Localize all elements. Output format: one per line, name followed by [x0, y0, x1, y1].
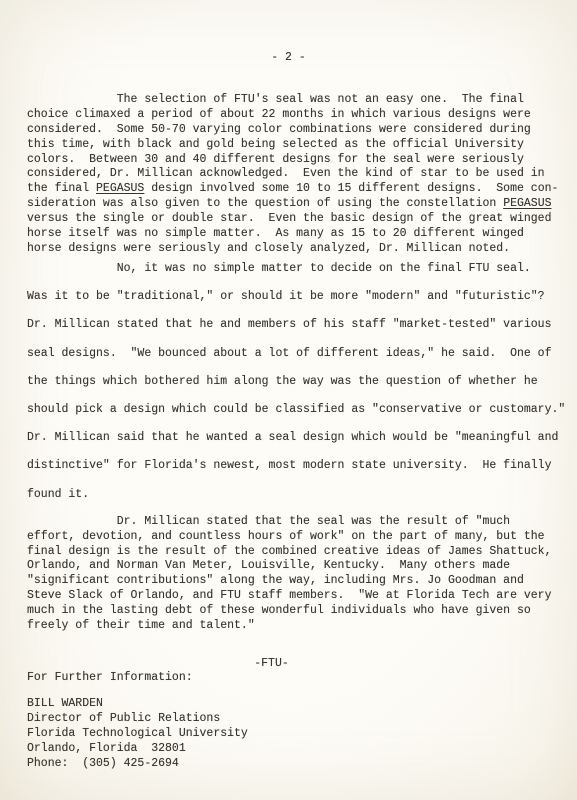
contact-line: Florida Technological University — [27, 727, 248, 742]
text-line: Was it to be "traditional," or should it… — [27, 290, 565, 318]
text-segment: sideration was also given to the questio… — [27, 197, 503, 210]
text-segment: freely of their time and talent." — [27, 619, 255, 632]
document-page: - 2 - The selection of FTU's seal was no… — [0, 0, 577, 800]
text-line: The selection of FTU's seal was not an e… — [27, 93, 558, 108]
text-segment: should pick a design which could be clas… — [27, 403, 565, 416]
text-line: effort, devotion, and countless hours of… — [27, 530, 552, 545]
text-line: final design is the result of the combin… — [27, 545, 552, 560]
text-segment: considered, Dr. Millican acknowledged. E… — [27, 167, 545, 180]
text-line: should pick a design which could be clas… — [27, 403, 565, 431]
text-line: much in the lasting debt of these wonder… — [27, 604, 552, 619]
text-line: "significant contributions" along the wa… — [27, 574, 552, 589]
text-line: distinctive" for Florida's newest, most … — [27, 459, 565, 487]
text-line: Dr. Millican stated that the seal was th… — [27, 515, 552, 530]
text-segment: the things which bothered him along the … — [27, 375, 538, 388]
text-segment: horse itself was no simple matter. As ma… — [27, 227, 524, 240]
contact-heading: For Further Information: — [27, 671, 193, 684]
text-line: Orlando, and Norman Van Meter, Louisvill… — [27, 559, 552, 574]
text-line: freely of their time and talent." — [27, 619, 552, 634]
text-line: considered. Some 50-70 varying color com… — [27, 123, 558, 138]
contact-line: Director of Public Relations — [27, 712, 248, 727]
paragraph-no-simple-matter: No, it was no simple matter to decide on… — [27, 262, 565, 516]
text-segment: considered. Some 50-70 varying color com… — [27, 123, 531, 136]
text-segment: effort, devotion, and countless hours of… — [27, 530, 545, 543]
text-line: Dr. Millican stated that he and members … — [27, 318, 565, 346]
text-segment: much in the lasting debt of these wonder… — [27, 604, 531, 617]
text-segment: "significant contributions" along the wa… — [27, 574, 524, 587]
end-mark: -FTU- — [0, 657, 560, 670]
text-segment: Dr. Millican said that he wanted a seal … — [27, 431, 558, 444]
text-line: horse itself was no simple matter. As ma… — [27, 227, 558, 242]
text-line: colors. Between 30 and 40 different desi… — [27, 153, 558, 168]
text-segment: final design is the result of the combin… — [27, 545, 552, 558]
text-segment: The selection of FTU's seal was not an e… — [27, 93, 524, 106]
text-segment: found it. — [27, 488, 89, 501]
text-segment: Orlando, and Norman Van Meter, Louisvill… — [27, 559, 510, 572]
text-segment: horse designs were seriously and closely… — [27, 242, 510, 255]
contact-line: Phone: (305) 425-2694 — [27, 757, 248, 772]
contact-line: Orlando, Florida 32801 — [27, 742, 248, 757]
contact-block: BILL WARDENDirector of Public RelationsF… — [27, 697, 248, 772]
text-line: sideration was also given to the questio… — [27, 197, 558, 212]
text-line: considered, Dr. Millican acknowledged. E… — [27, 167, 558, 182]
text-line: Steve Slack of Orlando, and FTU staff me… — [27, 589, 552, 604]
text-line: the final PEGASUS design involved some 1… — [27, 182, 558, 197]
paragraph-seal-selection: The selection of FTU's seal was not an e… — [27, 93, 558, 257]
text-line: the things which bothered him along the … — [27, 375, 565, 403]
text-line: seal designs. "We bounced about a lot of… — [27, 347, 565, 375]
contact-line: BILL WARDEN — [27, 697, 248, 712]
text-segment: distinctive" for Florida's newest, most … — [27, 459, 552, 472]
text-line: horse designs were seriously and closely… — [27, 242, 558, 257]
text-segment: Was it to be "traditional," or should it… — [27, 290, 545, 303]
text-line: No, it was no simple matter to decide on… — [27, 262, 565, 290]
text-segment: design involved some 10 to 15 different … — [144, 182, 558, 195]
text-segment: the final — [27, 182, 96, 195]
text-segment: No, it was no simple matter to decide on… — [27, 262, 531, 275]
text-line: choice climaxed a period of about 22 mon… — [27, 108, 558, 123]
text-segment: colors. Between 30 and 40 different desi… — [27, 153, 524, 166]
text-line: versus the single or double star. Even t… — [27, 212, 558, 227]
text-segment: choice climaxed a period of about 22 mon… — [27, 108, 531, 121]
text-line: found it. — [27, 488, 565, 516]
text-line: Dr. Millican said that he wanted a seal … — [27, 431, 565, 459]
underlined-text-segment: PEGASUS — [96, 182, 144, 195]
underlined-text-segment: PEGASUS — [503, 197, 551, 210]
text-segment: seal designs. "We bounced about a lot of… — [27, 347, 552, 360]
text-segment: versus the single or double star. Even t… — [27, 212, 552, 225]
text-segment: this time, with black and gold being sel… — [27, 138, 524, 151]
paragraph-credits: Dr. Millican stated that the seal was th… — [27, 515, 552, 633]
page-number: - 2 - — [0, 51, 577, 64]
text-segment: Dr. Millican stated that the seal was th… — [27, 515, 510, 528]
text-segment: Dr. Millican stated that he and members … — [27, 318, 552, 331]
text-segment: Steve Slack of Orlando, and FTU staff me… — [27, 589, 552, 602]
text-line: this time, with black and gold being sel… — [27, 138, 558, 153]
